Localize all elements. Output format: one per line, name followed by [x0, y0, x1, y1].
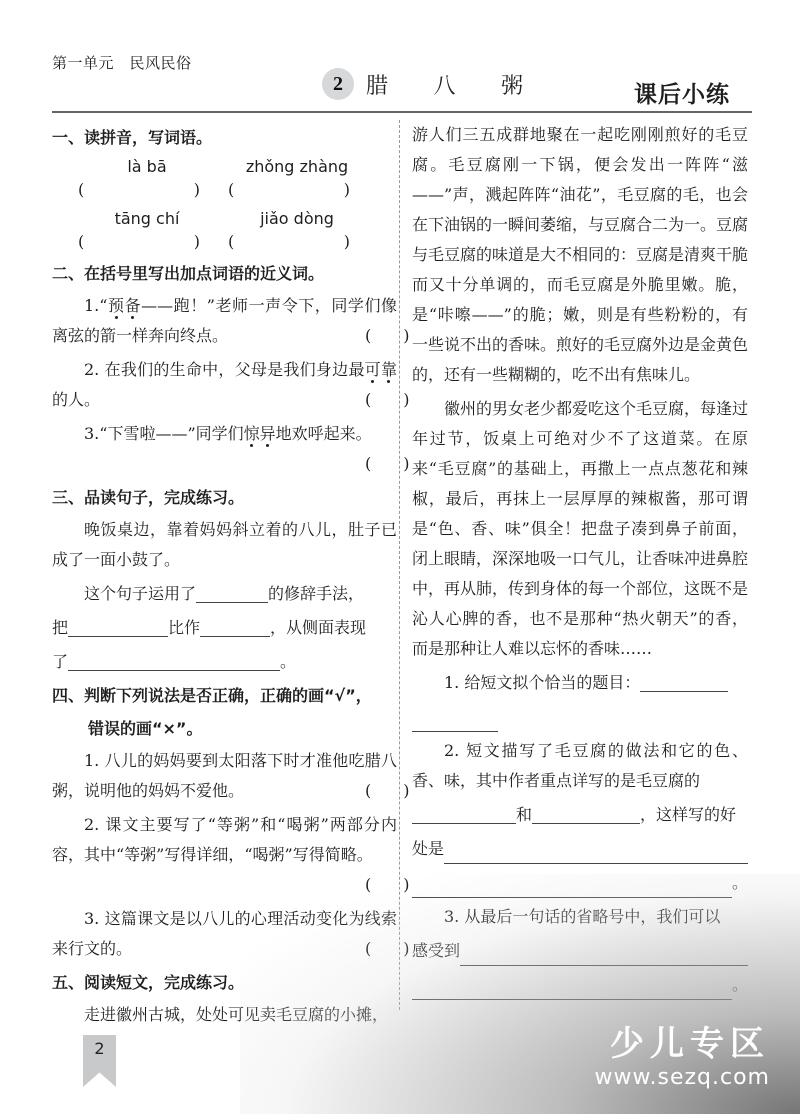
- lesson-name: 腊 八 粥: [366, 69, 543, 100]
- q4-item-1: 1. 八儿的妈妈要到太阳落下时才准他吃腊八粥，说明他的妈妈不爱他。 (): [52, 746, 397, 806]
- q3-fill-line-1: 这个句子运用了的修辞手法，: [52, 579, 397, 609]
- q4-heading-cont: 错误的画“×”。: [52, 714, 397, 744]
- answer-row-2: () (): [52, 231, 397, 253]
- page-number-tab: 2: [83, 1035, 116, 1087]
- q2-item-2: 2. 在我们的生命中，父母是我们身边最可靠的人。 (): [52, 355, 397, 415]
- answer-blank[interactable]: (): [228, 231, 378, 253]
- watermark-title: 少儿专区: [595, 1024, 770, 1064]
- answer-paren[interactable]: (): [333, 870, 393, 900]
- fill-blank[interactable]: [68, 616, 168, 637]
- q4-item-3: 3. 这篇课文是以八儿的心理活动变化为线索来行文的。 (): [52, 904, 397, 964]
- q3-fill-line-3: 了。: [52, 647, 397, 677]
- q5-question-1-line: [412, 702, 748, 732]
- answer-blank[interactable]: (): [228, 179, 378, 201]
- q1-heading: 一、读拼音，写词语。: [52, 123, 397, 153]
- q4-heading: 四、判断下列说法是否正确，正确的画“√”，: [52, 681, 397, 711]
- fill-blank[interactable]: [460, 943, 748, 966]
- fill-blank[interactable]: [640, 671, 728, 692]
- pinyin-text: là bā: [72, 155, 222, 179]
- fill-blank[interactable]: [412, 977, 732, 1000]
- q2-item-3: 3.“下雪啦——”同学们惊异地欢呼起来。 (): [52, 419, 397, 479]
- q5-question-2: 2. 短文描写了毛豆腐的做法和它的色、香、味，其中作者重点详写的是毛豆腐的: [412, 736, 748, 796]
- watermark: 少儿专区 www.sezq.com: [595, 1024, 770, 1092]
- right-column: 游人们三五成群地聚在一起吃刚刚煎好的毛豆腐。毛豆腐刚一下锅，便会发出一阵阵“滋—…: [412, 120, 748, 1004]
- pinyin-row-1: là bā zhǒng zhàng: [52, 155, 397, 179]
- dotted-word: 惊异: [244, 424, 276, 443]
- q5-question-3: 3. 从最后一句话的省略号中，我们可以: [412, 902, 748, 932]
- pinyin-row-2: tāng chí jiǎo dòng: [52, 207, 397, 231]
- q5-heading: 五、阅读短文，完成练习。: [52, 968, 397, 998]
- lesson-title: 2 腊 八 粥: [322, 68, 543, 100]
- pinyin-text: jiǎo dòng: [222, 207, 372, 231]
- unit-label: 第一单元 民风民俗: [52, 52, 192, 73]
- q5-question-1: 1. 给短文拟个恰当的题目：: [412, 668, 748, 698]
- answer-paren[interactable]: (): [333, 321, 393, 351]
- fill-blank[interactable]: [68, 650, 280, 671]
- answer-row-1: () (): [52, 179, 397, 201]
- answer-paren[interactable]: (): [333, 934, 393, 964]
- answer-blank[interactable]: (): [78, 179, 228, 201]
- answer-blank[interactable]: (): [78, 231, 228, 253]
- section-badge: 课后小练: [634, 76, 730, 109]
- passage-start: 走进徽州古城，处处可见卖毛豆腐的小摊，: [52, 1000, 397, 1030]
- q4-item-2: 2. 课文主要写了“等粥”和“喝粥”两部分内容，其中“等粥”写得详细，“喝粥”写…: [52, 810, 397, 900]
- fill-blank[interactable]: [532, 803, 640, 824]
- q3-heading: 三、品读句子，完成练习。: [52, 483, 397, 513]
- q2-heading: 二、在括号里写出加点词语的近义词。: [52, 259, 397, 289]
- pinyin-text: zhǒng zhàng: [222, 155, 372, 179]
- q3-fill-line-2: 把比作，从侧面表现: [52, 613, 397, 643]
- fill-blank[interactable]: [196, 582, 268, 603]
- q5-question-2-line: 处是: [412, 834, 748, 864]
- dotted-word: 预备: [107, 296, 141, 315]
- lesson-number-badge: 2: [322, 68, 354, 100]
- q5-question-3-line: 感受到: [412, 936, 748, 966]
- fill-blank[interactable]: [444, 841, 748, 864]
- fill-blank[interactable]: [200, 616, 270, 637]
- passage-paragraph-2: 徽州的男女老少都爱吃这个毛豆腐，每逢过年过节，饭桌上可绝对少不了这道菜。在原来“…: [412, 394, 748, 664]
- passage-paragraph-1-cont: 游人们三五成群地聚在一起吃刚刚煎好的毛豆腐。毛豆腐刚一下锅，便会发出一阵阵“滋—…: [412, 120, 748, 390]
- dotted-word: 可靠: [365, 360, 397, 379]
- q5-question-2-line-2: 。: [412, 868, 748, 898]
- left-column: 一、读拼音，写词语。 là bā zhǒng zhàng () () tāng …: [52, 120, 397, 1034]
- fill-blank[interactable]: [412, 803, 516, 824]
- q2-item-1: 1.“预备——跑！”老师一声令下，同学们像离弦的箭一样奔向终点。 (): [52, 291, 397, 351]
- answer-paren[interactable]: (): [333, 449, 393, 479]
- fill-blank[interactable]: [412, 875, 732, 898]
- header-rule: [52, 111, 752, 113]
- q3-sentence: 晚饭桌边，靠着妈妈斜立着的八儿，肚子已成了一面小鼓了。: [52, 515, 397, 575]
- watermark-url: www.sezq.com: [595, 1064, 770, 1092]
- q5-question-2-fill: 和，这样写的好: [412, 800, 748, 830]
- answer-paren[interactable]: (): [333, 776, 393, 806]
- pinyin-text: tāng chí: [72, 207, 222, 231]
- answer-paren[interactable]: (): [333, 385, 393, 415]
- fill-blank[interactable]: [412, 711, 498, 732]
- q5-question-3-line-2: 。: [412, 970, 748, 1000]
